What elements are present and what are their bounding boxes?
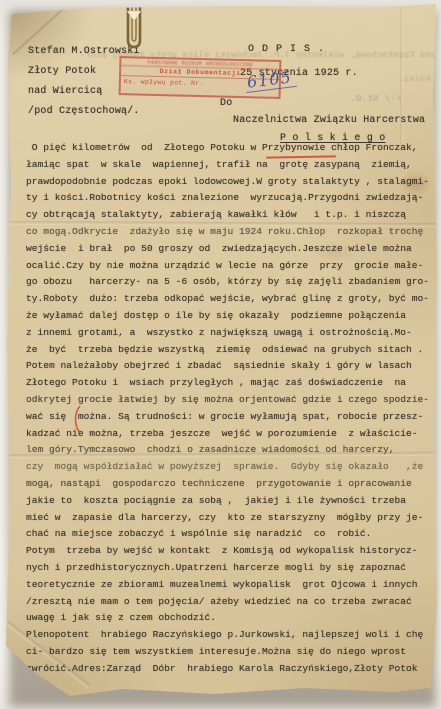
copy-label: O D P I S .	[248, 44, 325, 55]
body-line: ci- bardzo się tem wszystkiem interesuje…	[26, 646, 429, 663]
body-line: ty.Roboty dużo: trzeba odkopać wejście, …	[26, 293, 429, 310]
body-line: O pięć kilometrów od Złotego Potoku w Pr…	[26, 142, 429, 159]
body-line: mogą, nastąpi gospodarczo techniczene pr…	[26, 478, 429, 495]
body-line: prawdopodobnie podczas epoki lodowcowej.…	[26, 176, 429, 193]
body-line: ocalić.Czy by nie można urządzić w lecie…	[26, 260, 429, 277]
body-line: /zresztą nie mam o tem pojęcia/ ażeby wi…	[26, 596, 429, 613]
body-line: chać na miejsce zobaczyć i wspólnie się …	[26, 528, 429, 545]
body-line: że być trzeba będzie wszystką ziemię ods…	[26, 344, 429, 361]
bleedthrough-text: kolei.	[398, 74, 430, 84]
sender-line: /pod Częstochową/.	[28, 102, 140, 122]
body-line: wejście i brał po 50 groszy od zwiedzają…	[26, 243, 429, 260]
bleedthrough-text: /-/ St.O.	[350, 94, 401, 104]
body-line: jakie to koszta pociągnie za sobą , jaki…	[26, 495, 429, 512]
body-line: czy mogą współdziałać w powyższej sprawi…	[26, 461, 429, 478]
body-line: co mogą.Odkrycie zdażyło się w maju 1924…	[26, 226, 429, 243]
body-line: lem góry.Tymczasowo chodzi o zasadnicze …	[26, 444, 429, 461]
body-line: z innemi grotami, a wszystko z największ…	[26, 327, 429, 344]
body-line: łamiąc spat w skale wapiennej, trafił na…	[26, 159, 429, 176]
body-line: Potem należałoby obejrzeć i zbadać sąsie…	[26, 360, 429, 377]
salutation-to: Do	[220, 98, 232, 109]
body-line: że wyłamać dalej dostęp o ile by się oka…	[26, 310, 429, 327]
paperclip-icon	[114, 4, 154, 54]
body-line: Potym trzeba by wejść w kontakt z Komisj…	[26, 545, 429, 562]
body-line: teoretycznie ze zbiorami muzealnemi wyko…	[26, 579, 429, 596]
body-line: nych i przedhistorycznych.Upatrzeni harc…	[26, 562, 429, 579]
body-line: odkrytej grocie łatwiej by się można orj…	[26, 394, 429, 411]
body-line: zwrócić.Adres:Zarząd Dóbr hrabiego Karol…	[26, 663, 429, 680]
body-line: ty i kości.Robotnicy kości znalezione wy…	[26, 192, 429, 209]
document-scan: pod Częstochową, wielmożny J.P.'Jachowsk…	[0, 0, 441, 709]
body-line: go obozu harcerzy- na 5 -6 osób, którzy …	[26, 276, 429, 293]
body-line: cy obtrącają stalaktyty, zabierają kawał…	[26, 209, 429, 226]
body-line: Złotego Potoku i wsiach przyległych , ma…	[26, 377, 429, 394]
body-line: Plenopotent hrabiego Raczyńskiego p.Jurk…	[26, 629, 429, 646]
body-line: wać się można. Są trudności: w grocie wy…	[26, 411, 429, 428]
addressee-line: Naczelnictwa Związku Harcerstwa	[233, 115, 425, 126]
body-line: uwagę i jak się z czem obchodzić.	[26, 612, 429, 629]
paper-sheet: pod Częstochową, wielmożny J.P.'Jachowsk…	[4, 4, 437, 705]
body-line: mieć w zapasie dla harcerzy, czy kto ze …	[26, 512, 429, 529]
red-pen-mark	[72, 405, 84, 435]
letter-body: O pięć kilometrów od Złotego Potoku w Pr…	[26, 142, 429, 680]
body-line: kadzać nie można, trzeba jeszcze wejść w…	[26, 428, 429, 445]
